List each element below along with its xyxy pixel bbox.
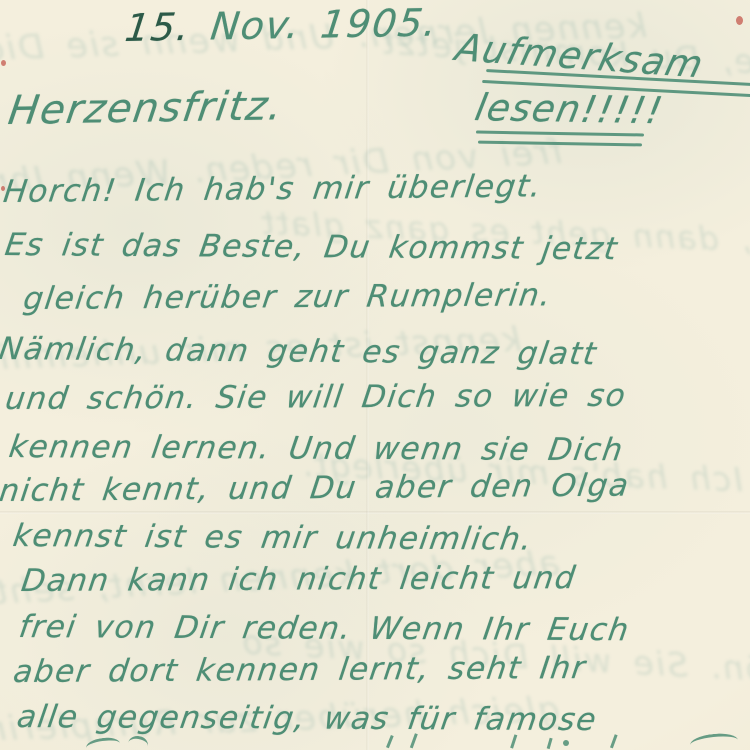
letter-page: kennen lernen. Und wenn sie Dich Es ist … — [0, 0, 750, 750]
letter-line: kennen lernen. Und wenn sie Dich — [7, 429, 627, 468]
attention-note-line1: Aufmerksam — [451, 26, 708, 86]
letter-line: kennst ist es mir unheimlich. — [11, 518, 536, 558]
letter-line: alle gegenseitig, was für famose — [15, 699, 600, 738]
date-day: 15. — [123, 5, 194, 50]
date-rest: Nov. 1905. — [208, 1, 440, 49]
attention-underline — [478, 141, 642, 147]
letter-line: Dann kann ich nicht leicht und — [19, 560, 578, 599]
paper-crease-horizontal — [0, 511, 750, 514]
letter-line: gleich herüber zur Rumplerin. — [21, 277, 554, 317]
letter-line: Nämlich, dann geht es ganz glatt — [0, 331, 600, 372]
letter-line: nicht kennt, und Du aber den Olga — [0, 468, 632, 509]
attention-note-line2: lesen!!!!! — [472, 86, 667, 132]
salutation: Herzensfritz. — [6, 83, 287, 134]
date-line: 15. Nov. 1905. — [123, 1, 441, 50]
letter-line: aber dort kennen lernt, seht Ihr — [11, 650, 588, 690]
ink-speck — [736, 16, 743, 25]
letter-line: Horch! Ich hab's mir überlegt. — [1, 168, 544, 210]
letter-line: frei von Dir reden. Wenn Ihr Euch — [17, 609, 633, 648]
letter-line: und schön. Sie will Dich so wie so — [3, 378, 629, 417]
letter-line: Es ist das Beste, Du kommst jetzt — [3, 227, 621, 267]
ink-speck — [1, 60, 6, 66]
